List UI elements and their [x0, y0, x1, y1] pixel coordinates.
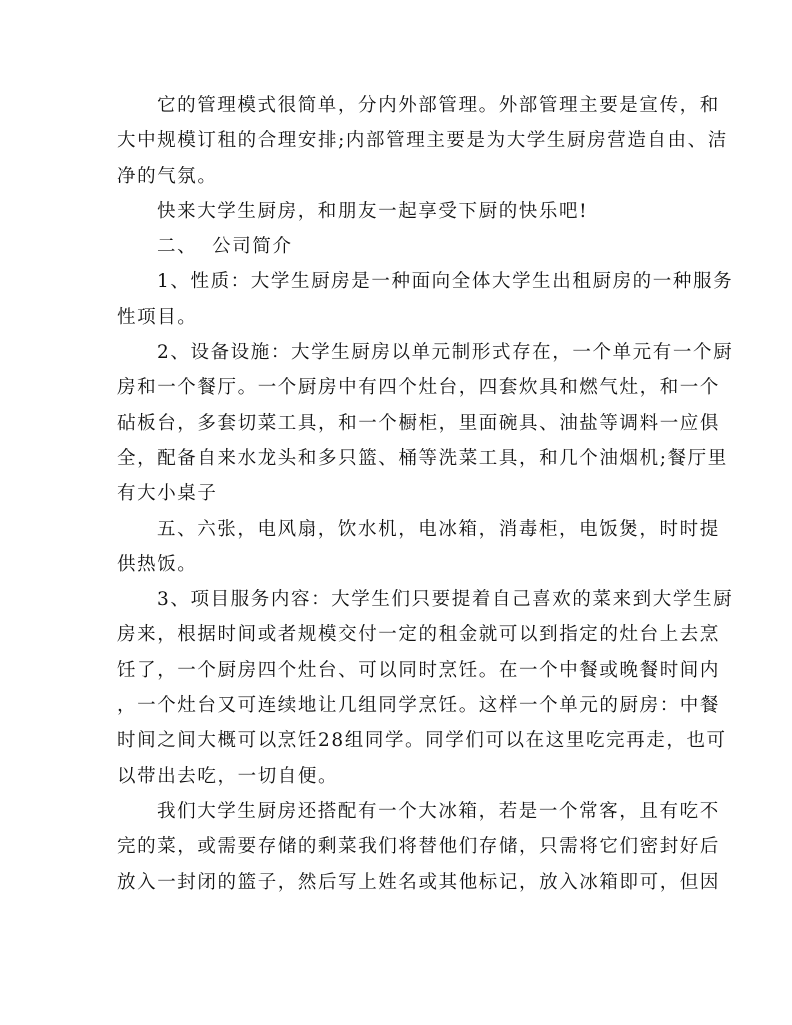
text-line: 它的管理模式很简单，分内外部管理。外部管理主要是宣传，和 — [117, 88, 672, 123]
heading-text: 二、 公司简介 — [117, 229, 672, 264]
paragraph-management: 它的管理模式很简单，分内外部管理。外部管理主要是宣传，和 大中规模订租的合理安排… — [117, 88, 672, 194]
paragraph-invitation: 快来大学生厨房，和朋友一起享受下厨的快乐吧! — [117, 194, 672, 229]
paragraph-facilities: 2、设备设施：大学生厨房以单元制形式存在，一个单元有一个厨 房和一个餐厅。一个厨… — [117, 335, 672, 511]
text-line: 放入一封闭的篮子，然后写上姓名或其他标记，放入冰箱即可，但因 — [117, 865, 672, 900]
text-line: 性项目。 — [117, 300, 672, 335]
text-line: 全，配备自来水龙头和多只篮、桶等洗菜工具，和几个油烟机;餐厅里 — [117, 441, 672, 476]
paragraph-appliances: 五、六张，电风扇，饮水机，电冰箱，消毒柜，电饭煲，时时提 供热饭。 — [117, 512, 672, 583]
paragraph-services: 3、项目服务内容：大学生们只要提着自己喜欢的菜来到大学生厨 房来，根据时间或者规… — [117, 582, 672, 794]
document-page: 它的管理模式很简单，分内外部管理。外部管理主要是宣传，和 大中规模订租的合理安排… — [117, 88, 672, 900]
text-line: 快来大学生厨房，和朋友一起享受下厨的快乐吧! — [117, 194, 672, 229]
text-line: 房和一个餐厅。一个厨房中有四个灶台，四套炊具和燃气灶，和一个 — [117, 370, 672, 405]
section-heading: 二、 公司简介 — [117, 229, 672, 264]
paragraph-nature: 1、性质：大学生厨房是一种面向全体大学生出租厨房的一种服务 性项目。 — [117, 264, 672, 335]
text-line: 我们大学生厨房还搭配有一个大冰箱，若是一个常客，且有吃不 — [117, 794, 672, 829]
text-line: 1、性质：大学生厨房是一种面向全体大学生出租厨房的一种服务 — [117, 264, 672, 299]
text-line: 以带出去吃，一切自便。 — [117, 759, 672, 794]
text-line: 房来，根据时间或者规模交付一定的租金就可以到指定的灶台上去烹 — [117, 617, 672, 652]
text-line: 有大小桌子 — [117, 476, 672, 511]
paragraph-fridge: 我们大学生厨房还搭配有一个大冰箱，若是一个常客，且有吃不 完的菜，或需要存储的剩… — [117, 794, 672, 900]
text-line: 五、六张，电风扇，饮水机，电冰箱，消毒柜，电饭煲，时时提 — [117, 512, 672, 547]
text-line: 供热饭。 — [117, 547, 672, 582]
text-line: 大中规模订租的合理安排;内部管理主要是为大学生厨房营造自由、洁 — [117, 123, 672, 158]
text-line: 砧板台，多套切菜工具，和一个橱柜，里面碗具、油盐等调料一应俱 — [117, 406, 672, 441]
text-line: ，一个灶台又可连续地让几组同学烹饪。这样一个单元的厨房：中餐 — [117, 688, 672, 723]
text-line: 完的菜，或需要存储的剩菜我们将替他们存储，只需将它们密封好后 — [117, 829, 672, 864]
text-line: 饪了，一个厨房四个灶台、可以同时烹饪。在一个中餐或晚餐时间内 — [117, 653, 672, 688]
text-line: 净的气氛。 — [117, 159, 672, 194]
text-line: 2、设备设施：大学生厨房以单元制形式存在，一个单元有一个厨 — [117, 335, 672, 370]
text-line: 时间之间大概可以烹饪28组同学。同学们可以在这里吃完再走，也可 — [117, 723, 672, 758]
text-line: 3、项目服务内容：大学生们只要提着自己喜欢的菜来到大学生厨 — [117, 582, 672, 617]
